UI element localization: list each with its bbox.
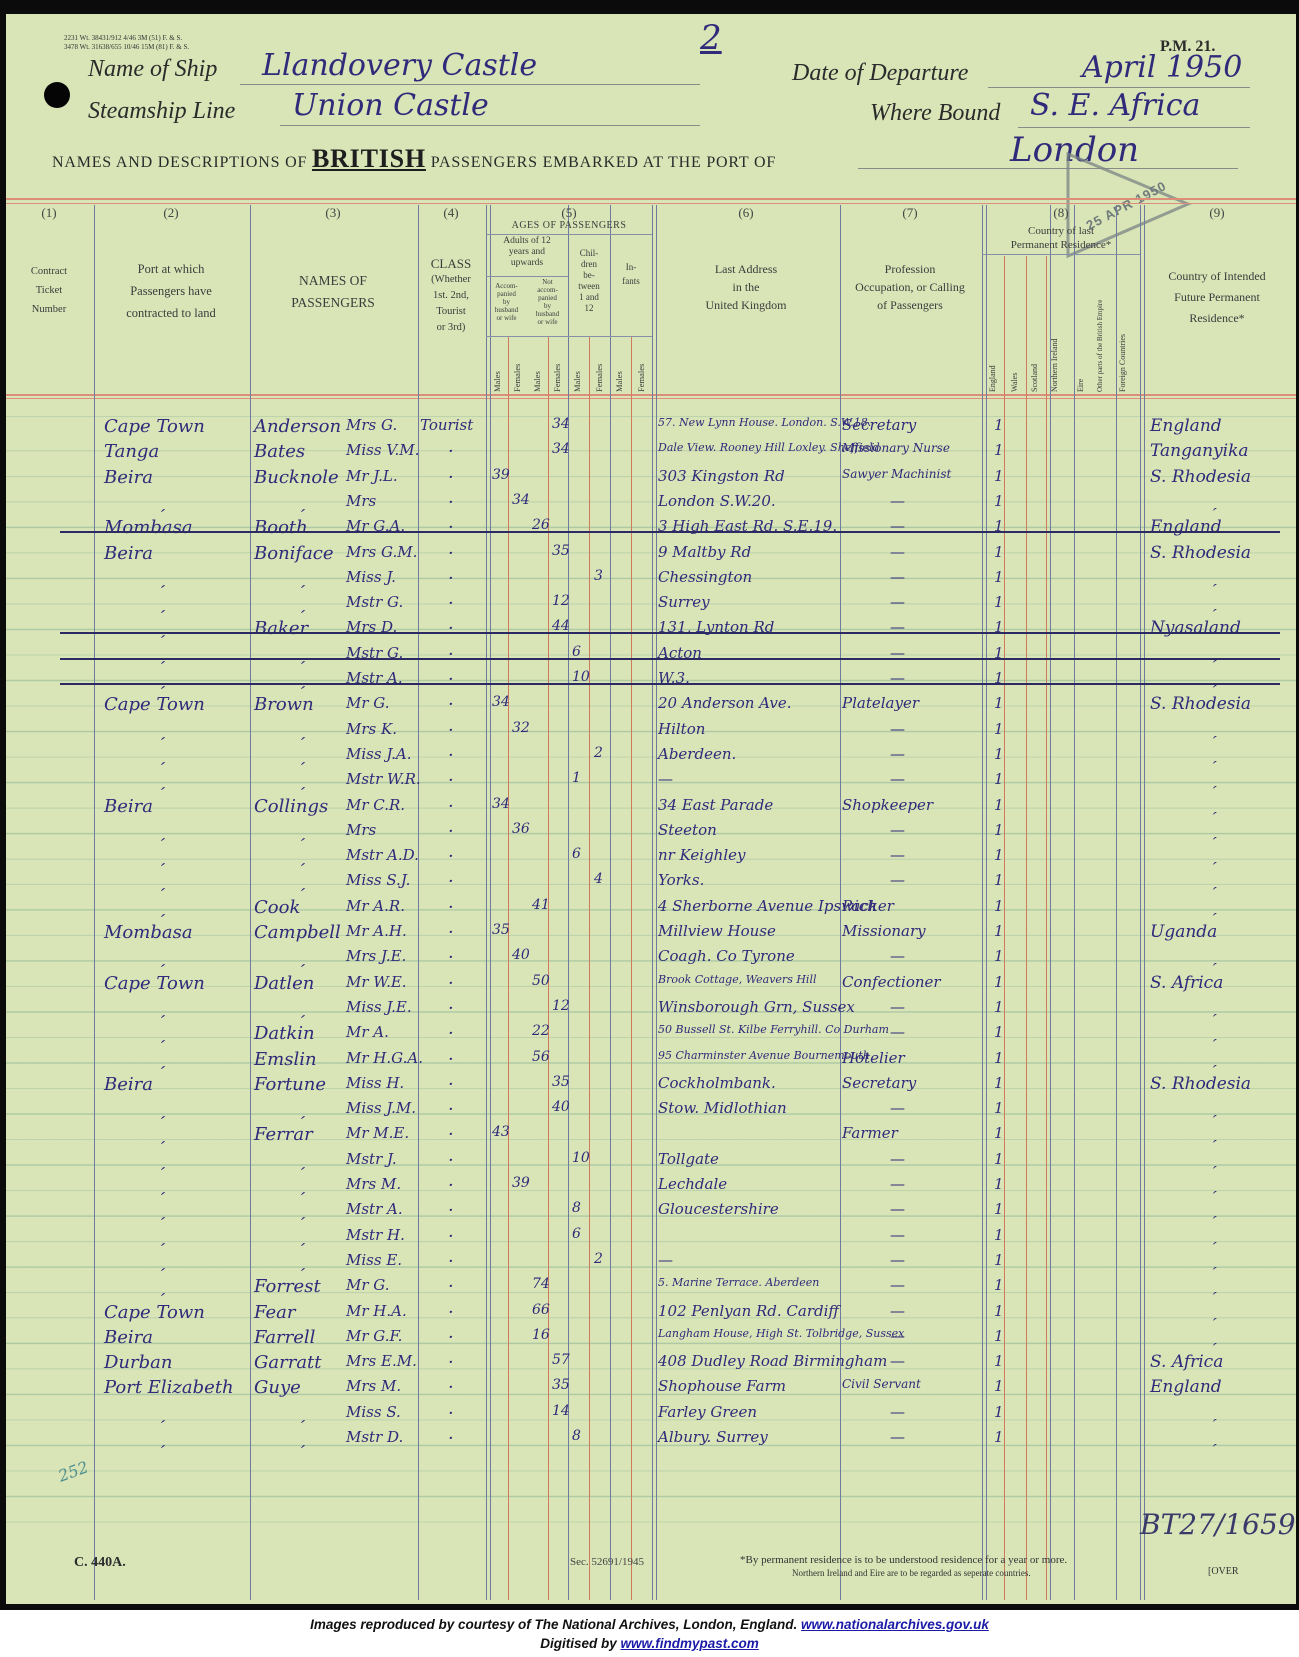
future-residence: ˏ bbox=[1212, 871, 1218, 891]
credit-text-1: Images reproduced by courtesy of The Nat… bbox=[310, 1617, 797, 1632]
col2-label: Port at which Passengers have contracted… bbox=[94, 258, 248, 324]
class: · bbox=[448, 568, 454, 589]
column-rule bbox=[1116, 205, 1117, 1600]
heading-pre: NAMES AND DESCRIPTIONS OF bbox=[52, 154, 307, 171]
residence-mark: 1 bbox=[994, 1124, 1004, 1142]
last-address: Lechdale bbox=[658, 1175, 727, 1193]
form-code: C. 440A. bbox=[74, 1555, 126, 1571]
surname: ˏ bbox=[300, 593, 306, 614]
class: · bbox=[448, 1175, 454, 1196]
residence-mark: 1 bbox=[994, 1200, 1004, 1218]
port-of-landing: ˏ bbox=[160, 1023, 166, 1044]
sex-rule bbox=[486, 336, 652, 337]
port-of-landing: Beira bbox=[104, 467, 153, 488]
col3-number: (3) bbox=[250, 205, 416, 221]
future-residence: England bbox=[1150, 517, 1222, 537]
residence-mark: 1 bbox=[994, 1302, 1004, 1320]
class: · bbox=[448, 821, 454, 842]
col6-number: (6) bbox=[654, 205, 838, 221]
heading-post: PASSENGERS EMBARKED AT THE PORT OF bbox=[431, 154, 776, 171]
class: · bbox=[448, 1251, 454, 1272]
future-residence: ˏ bbox=[1212, 846, 1218, 866]
given-name: Mstr G. bbox=[346, 593, 403, 611]
residence-mark: 1 bbox=[994, 694, 1004, 712]
port-of-landing: ˏ bbox=[160, 897, 166, 918]
port-of-landing: ˏ bbox=[160, 871, 166, 892]
future-residence: S. Africa bbox=[1150, 1352, 1223, 1372]
surname: ˏ bbox=[300, 568, 306, 589]
not-accompanied-line: panied bbox=[527, 294, 568, 302]
last-address: Aberdeen. bbox=[658, 745, 736, 763]
surname: Brown bbox=[254, 694, 314, 715]
col6-label: Last Address in the United Kingdom bbox=[654, 260, 838, 314]
print-code-1: 2231 Wt. 38431/912 4/46 3M (51) F. & S. bbox=[64, 34, 182, 42]
col4-number: (4) bbox=[418, 205, 484, 221]
given-name: Miss S. bbox=[346, 1403, 401, 1421]
occupation: — bbox=[890, 568, 905, 586]
children-line: 12 bbox=[568, 303, 610, 314]
occupation: Secretary bbox=[842, 1074, 916, 1092]
given-name: Mr W.E. bbox=[346, 973, 407, 991]
last-address: Chessington bbox=[658, 568, 752, 586]
surname: Ferrar bbox=[254, 1124, 313, 1145]
occupation: — bbox=[890, 543, 905, 561]
age: 22 bbox=[532, 1023, 550, 1039]
adults-label-line: Adults of 12 bbox=[486, 236, 568, 247]
occupation: — bbox=[890, 1327, 905, 1345]
age: 36 bbox=[512, 821, 530, 837]
occupation: — bbox=[890, 947, 905, 965]
col6-label-line: Last Address bbox=[654, 260, 838, 278]
class: · bbox=[448, 1150, 454, 1171]
residence-mark: 1 bbox=[994, 796, 1004, 814]
sex-label-females: Females bbox=[594, 364, 604, 392]
surname: Bucknole bbox=[254, 467, 339, 488]
col1-number: (1) bbox=[6, 205, 92, 221]
col8-title-line: Permanent Residence* bbox=[982, 238, 1140, 252]
strike-through-line bbox=[60, 632, 1280, 634]
surname: Collings bbox=[254, 796, 328, 817]
column-rule bbox=[986, 205, 987, 1600]
future-residence: ˏ bbox=[1212, 1302, 1218, 1322]
occupation: Hotelier bbox=[842, 1049, 905, 1067]
surname: ˏ bbox=[300, 745, 306, 766]
given-name: Mstr A.D. bbox=[346, 846, 419, 864]
col7-number: (7) bbox=[840, 205, 980, 221]
adults-rule bbox=[486, 276, 568, 277]
footnote-1: *By permanent residence is to be underst… bbox=[740, 1554, 1067, 1566]
footnote-2: Northern Ireland and Eire are to be rega… bbox=[792, 1568, 1031, 1578]
class: · bbox=[448, 720, 454, 741]
residence-mark: 1 bbox=[994, 871, 1004, 889]
residence-mark: 1 bbox=[994, 1377, 1004, 1395]
residence-mark: 1 bbox=[994, 416, 1004, 434]
col5-title: AGES OF PASSENGERS bbox=[486, 220, 652, 231]
age: 66 bbox=[532, 1302, 550, 1318]
col8-title-line: Country of last bbox=[982, 224, 1140, 238]
port-of-landing: Mombasa bbox=[104, 517, 193, 538]
infants-label: In- fants bbox=[610, 260, 652, 288]
occupation: — bbox=[890, 1200, 905, 1218]
occupation: — bbox=[890, 871, 905, 889]
given-name: Mr G. bbox=[346, 694, 390, 712]
sex-label-females: Females bbox=[636, 364, 646, 392]
given-name: Mrs E.M. bbox=[346, 1352, 417, 1370]
age: 34 bbox=[552, 416, 570, 432]
sub-column-rule bbox=[508, 336, 509, 1600]
sex-label-females: Females bbox=[512, 364, 522, 392]
future-residence: ˏ bbox=[1212, 745, 1218, 765]
surname: ˏ bbox=[300, 1251, 306, 1272]
sheet-number: 2 bbox=[700, 18, 722, 58]
port-of-landing: ˏ bbox=[160, 492, 166, 513]
residence-mark: 1 bbox=[994, 441, 1004, 459]
residence-mark: 1 bbox=[994, 770, 1004, 788]
future-residence: S. Rhodesia bbox=[1150, 694, 1251, 714]
surname: ˏ bbox=[300, 1403, 306, 1424]
class: · bbox=[448, 1428, 454, 1449]
residence-mark: 1 bbox=[994, 467, 1004, 485]
not-accompanied-label: Not accom- panied by husband or wife bbox=[527, 278, 568, 326]
last-address: 9 Maltby Rd bbox=[658, 543, 751, 561]
last-address: 102 Penlyan Rd. Cardiff bbox=[658, 1302, 839, 1320]
column-rule bbox=[1050, 205, 1051, 1600]
class: · bbox=[448, 1049, 454, 1070]
col3-label: NAMES OF PASSENGERS bbox=[250, 270, 416, 314]
surname: ˏ bbox=[300, 871, 306, 892]
surname: Datlen bbox=[254, 973, 314, 994]
col2-label-line: Port at which bbox=[94, 258, 248, 280]
residence-mark: 1 bbox=[994, 1428, 1004, 1446]
sub-column-rule bbox=[631, 336, 632, 1600]
port-of-landing: ˏ bbox=[160, 1403, 166, 1424]
given-name: Miss S.J. bbox=[346, 871, 410, 889]
column-rule bbox=[1140, 205, 1141, 1600]
heading-british: BRITISH bbox=[312, 144, 426, 173]
surname: Garratt bbox=[254, 1352, 322, 1373]
sub-column-rule bbox=[1046, 256, 1047, 1600]
accompanied-line: Accom- bbox=[486, 282, 527, 290]
col1-label-line: Contract bbox=[6, 262, 92, 281]
last-address: — bbox=[658, 770, 673, 788]
occupation: Confectioner bbox=[842, 973, 941, 991]
future-residence: ˏ bbox=[1212, 897, 1218, 917]
future-residence: ˏ bbox=[1212, 1327, 1218, 1347]
last-address: 303 Kingston Rd bbox=[658, 467, 785, 485]
surname: ˏ bbox=[300, 998, 306, 1019]
occupation: — bbox=[890, 1175, 905, 1193]
last-address: 50 Bussell St. Kilbe Ferryhill. Co Durha… bbox=[658, 1023, 889, 1036]
given-name: Miss E. bbox=[346, 1251, 402, 1269]
column-rule bbox=[1074, 205, 1075, 1600]
given-name: Mrs J.E. bbox=[346, 947, 406, 965]
age: 4 bbox=[594, 871, 603, 887]
port-of-landing: Beira bbox=[104, 1074, 153, 1095]
age: 6 bbox=[572, 846, 581, 862]
future-residence: S. Rhodesia bbox=[1150, 467, 1251, 487]
credit-text-2: Digitised by bbox=[540, 1636, 617, 1651]
column-rule bbox=[982, 205, 983, 1600]
age: 12 bbox=[552, 998, 570, 1014]
steamship-line-label: Steamship Line bbox=[88, 98, 235, 125]
surname: ˏ bbox=[300, 770, 306, 791]
class: · bbox=[448, 517, 454, 538]
occupation: — bbox=[890, 492, 905, 510]
sec-code: Sec. 52691/1945 bbox=[570, 1556, 644, 1568]
accompanied-line: or wife bbox=[486, 314, 527, 322]
port-of-landing: Tanga bbox=[104, 441, 159, 462]
class: · bbox=[448, 998, 454, 1019]
national-archives-link[interactable]: www.nationalarchives.gov.uk bbox=[801, 1617, 989, 1632]
column-rule bbox=[250, 205, 251, 1600]
surname: Fortune bbox=[254, 1074, 326, 1095]
residence-mark: 1 bbox=[994, 593, 1004, 611]
occupation: Civil Servant bbox=[842, 1377, 921, 1391]
last-address: Yorks. bbox=[658, 871, 704, 889]
column-rule bbox=[418, 205, 419, 1600]
class: · bbox=[448, 492, 454, 513]
occupation: — bbox=[890, 745, 905, 763]
col4-label-line: (Whether bbox=[418, 272, 484, 288]
future-residence: ˏ bbox=[1212, 1049, 1218, 1069]
given-name: Mr G.F. bbox=[346, 1327, 402, 1345]
occupation: — bbox=[890, 593, 905, 611]
not-accompanied-line: husband bbox=[527, 310, 568, 318]
col7-label-line: Occupation, or Calling bbox=[840, 278, 980, 296]
residence-mark: 1 bbox=[994, 1327, 1004, 1345]
port-of-landing: ˏ bbox=[160, 998, 166, 1019]
class: · bbox=[448, 1074, 454, 1095]
name-of-ship-underline bbox=[240, 84, 700, 85]
name-of-ship-value: Llandovery Castle bbox=[262, 48, 537, 83]
age: 10 bbox=[572, 1150, 590, 1166]
class: · bbox=[448, 1124, 454, 1145]
class: · bbox=[448, 593, 454, 614]
rule-header-bottom bbox=[6, 394, 1296, 396]
future-residence: ˏ bbox=[1212, 492, 1218, 512]
rule-header-bottom-2 bbox=[6, 398, 1296, 399]
surname: ˏ bbox=[300, 1099, 306, 1120]
given-name: Mr G. bbox=[346, 1276, 390, 1294]
col1-label: Contract Ticket Number bbox=[6, 262, 92, 319]
surname: Boniface bbox=[254, 543, 334, 564]
last-address: Surrey bbox=[658, 593, 710, 611]
not-accompanied-line: or wife bbox=[527, 318, 568, 326]
class: · bbox=[448, 922, 454, 943]
surname: Datkin bbox=[254, 1023, 315, 1044]
port-of-landing: Mombasa bbox=[104, 922, 193, 943]
given-name: Mrs M. bbox=[346, 1377, 401, 1395]
last-address: 20 Anderson Ave. bbox=[658, 694, 792, 712]
col2-number: (2) bbox=[94, 205, 248, 221]
col7-label: Profession Occupation, or Calling of Pas… bbox=[840, 260, 980, 314]
given-name: Mstr D. bbox=[346, 1428, 403, 1446]
occupation: — bbox=[890, 1352, 905, 1370]
class: · bbox=[448, 1276, 454, 1297]
age: 34 bbox=[552, 441, 570, 457]
accompanied-line: husband bbox=[486, 306, 527, 314]
age: 35 bbox=[552, 543, 570, 559]
col4-label-line: CLASS bbox=[418, 256, 484, 272]
given-name: Mstr J. bbox=[346, 1150, 397, 1168]
future-residence: ˏ bbox=[1212, 1150, 1218, 1170]
column-rule bbox=[652, 205, 653, 1600]
residence-mark: 1 bbox=[994, 1099, 1004, 1117]
port-of-landing: Beira bbox=[104, 543, 153, 564]
residence-mark: 1 bbox=[994, 720, 1004, 738]
given-name: Miss H. bbox=[346, 1074, 404, 1092]
rule-top bbox=[6, 198, 1296, 200]
future-residence: ˏ bbox=[1212, 1428, 1218, 1448]
residence-mark: 1 bbox=[994, 492, 1004, 510]
port-of-landing: ˏ bbox=[160, 1099, 166, 1120]
last-address: 95 Charminster Avenue Bournemouth bbox=[658, 1049, 870, 1062]
occupation: — bbox=[890, 821, 905, 839]
age: 57 bbox=[552, 1352, 570, 1368]
age: 16 bbox=[532, 1327, 550, 1343]
last-address: Gloucestershire bbox=[658, 1200, 779, 1218]
col5-number: (5) bbox=[486, 205, 652, 221]
name-of-ship-label: Name of Ship bbox=[88, 56, 217, 83]
future-residence: ˏ bbox=[1212, 947, 1218, 967]
last-address: Coagh. Co Tyrone bbox=[658, 947, 795, 965]
given-name: Mrs bbox=[346, 492, 376, 510]
class: · bbox=[448, 1403, 454, 1424]
form-heading: NAMES AND DESCRIPTIONS OF BRITISH PASSEN… bbox=[52, 144, 776, 174]
sub-column-rule bbox=[1004, 256, 1005, 1600]
col5-title-rule bbox=[486, 234, 652, 235]
column-rule bbox=[1144, 205, 1145, 1600]
residence-mark: 1 bbox=[994, 1352, 1004, 1370]
class: · bbox=[448, 871, 454, 892]
port-of-landing: Durban bbox=[104, 1352, 172, 1373]
port-of-landing: ˏ bbox=[160, 568, 166, 589]
port-of-landing: Cape Town bbox=[104, 694, 205, 715]
given-name: Mstr H. bbox=[346, 1226, 405, 1244]
column-rule bbox=[486, 205, 487, 1600]
residence-mark: 1 bbox=[994, 897, 1004, 915]
age: 2 bbox=[594, 1251, 603, 1267]
over-label: [OVER bbox=[1208, 1566, 1239, 1577]
column-rule bbox=[94, 205, 95, 1600]
col5-adults-label: Adults of 12 years and upwards bbox=[486, 236, 568, 269]
occupation: — bbox=[890, 998, 905, 1016]
residence-mark: 1 bbox=[994, 821, 1004, 839]
residence-mark: 1 bbox=[994, 1403, 1004, 1421]
future-residence: ˏ bbox=[1212, 770, 1218, 790]
class: · bbox=[448, 770, 454, 791]
port-of-landing: ˏ bbox=[160, 593, 166, 614]
port-of-landing: Cape Town bbox=[104, 416, 205, 437]
port-of-landing: ˏ bbox=[160, 1251, 166, 1272]
residence-mark: 1 bbox=[994, 745, 1004, 763]
last-address: Steeton bbox=[658, 821, 717, 839]
credit-line-2: Digitised by www.findmypast.com bbox=[0, 1636, 1299, 1651]
punch-hole bbox=[44, 82, 70, 108]
surname: ˏ bbox=[300, 720, 306, 741]
port-of-landing: ˏ bbox=[160, 1226, 166, 1247]
age: 32 bbox=[512, 720, 530, 736]
children-label: Chil- dren be- tween 1 and 12 bbox=[568, 248, 610, 314]
col6-label-line: United Kingdom bbox=[654, 296, 838, 314]
class: · bbox=[448, 1099, 454, 1120]
class: · bbox=[448, 1200, 454, 1221]
last-address: 57. New Lynn House. London. S.W.18. bbox=[658, 416, 871, 429]
last-address: — bbox=[658, 1251, 673, 1269]
future-residence: ˏ bbox=[1212, 568, 1218, 588]
class: · bbox=[448, 694, 454, 715]
age: 50 bbox=[532, 973, 550, 989]
residence-label: Northern Ireland bbox=[1050, 338, 1059, 392]
occupation: — bbox=[890, 1428, 905, 1446]
class: · bbox=[448, 973, 454, 994]
residence-mark: 1 bbox=[994, 1276, 1004, 1294]
last-address: Hilton bbox=[658, 720, 705, 738]
residence-mark: 1 bbox=[994, 1226, 1004, 1244]
col4-label-line: 1st. 2nd, bbox=[418, 288, 484, 304]
adults-label-line: years and bbox=[486, 247, 568, 258]
surname: Bates bbox=[254, 441, 305, 462]
column-rule bbox=[610, 205, 611, 1600]
strike-through-line bbox=[60, 658, 1280, 660]
age: 34 bbox=[492, 694, 510, 710]
given-name: Mrs M. bbox=[346, 1175, 401, 1193]
class: · bbox=[448, 644, 454, 665]
col7-label-line: Profession bbox=[840, 260, 980, 278]
future-residence: ˏ bbox=[1212, 1200, 1218, 1220]
residence-mark: 1 bbox=[994, 543, 1004, 561]
col4-label: CLASS (Whether 1st. 2nd, Tourist or 3rd) bbox=[418, 256, 484, 336]
given-name: Mrs K. bbox=[346, 720, 397, 738]
col9-label-line: Future Permanent bbox=[1142, 287, 1292, 308]
col8-title-rule bbox=[982, 254, 1140, 255]
class: · bbox=[448, 796, 454, 817]
future-residence: England bbox=[1150, 416, 1222, 436]
age: 41 bbox=[532, 897, 550, 913]
sub-column-rule bbox=[589, 336, 590, 1600]
children-line: Chil- bbox=[568, 248, 610, 259]
column-rule bbox=[490, 205, 491, 1600]
age: 35 bbox=[552, 1074, 570, 1090]
occupation: — bbox=[890, 1226, 905, 1244]
occupation: Farmer bbox=[842, 1124, 898, 1142]
given-name: Mrs G. bbox=[346, 416, 397, 434]
findmypast-link[interactable]: www.findmypast.com bbox=[621, 1636, 759, 1651]
age: 39 bbox=[492, 467, 510, 483]
residence-label: Eire bbox=[1076, 379, 1085, 392]
not-accompanied-line: accom- bbox=[527, 286, 568, 294]
residence-label: Wales bbox=[1010, 373, 1019, 392]
children-line: dren bbox=[568, 259, 610, 270]
age: 8 bbox=[572, 1200, 581, 1216]
surname: ˏ bbox=[300, 1428, 306, 1449]
infants-line: In- bbox=[610, 260, 652, 274]
col9-label-line: Country of Intended bbox=[1142, 266, 1292, 287]
last-address: 5. Marine Terrace. Aberdeen bbox=[658, 1276, 819, 1289]
surname: Emslin bbox=[254, 1049, 317, 1070]
residence-mark: 1 bbox=[994, 922, 1004, 940]
surname: Forrest bbox=[254, 1276, 321, 1297]
port-of-landing: ˏ bbox=[160, 1276, 166, 1297]
age: 35 bbox=[492, 922, 510, 938]
future-residence: ˏ bbox=[1212, 1175, 1218, 1195]
surname: ˏ bbox=[300, 947, 306, 968]
last-address: Stow. Midlothian bbox=[658, 1099, 787, 1117]
children-line: 1 and bbox=[568, 292, 610, 303]
archive-reference: BT27/1659 bbox=[1140, 1508, 1296, 1541]
where-bound-label: Where Bound bbox=[870, 100, 1000, 127]
last-address: Tollgate bbox=[658, 1150, 719, 1168]
